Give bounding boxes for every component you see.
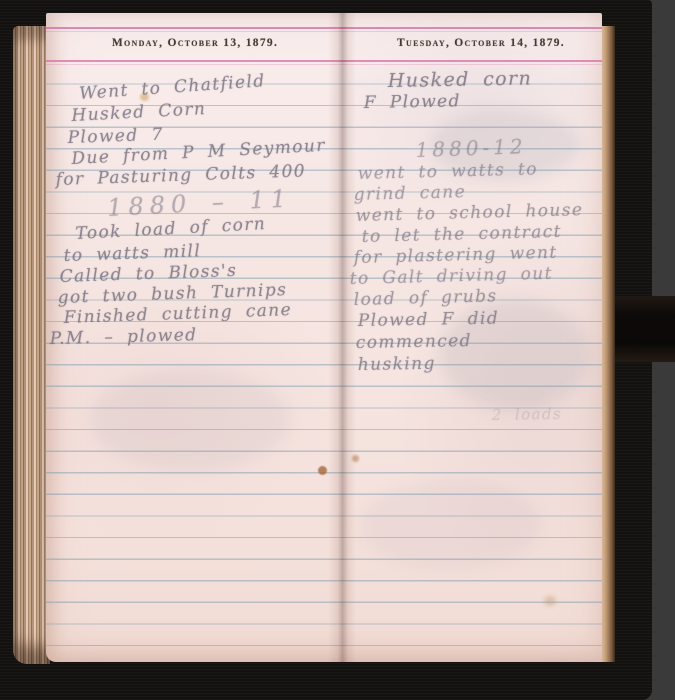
diary-entry-line: commenced — [356, 331, 472, 353]
diary-entry-line: Plowed F did — [358, 309, 500, 331]
page-edge-stack — [13, 26, 50, 664]
cover-strap — [606, 296, 675, 362]
diary-scan: Monday, October 13, 1879. Tuesday, Octob… — [0, 0, 675, 700]
right-page-date-header: Tuesday, October 14, 1879. — [356, 37, 606, 49]
diary-entry-line: Husked corn — [388, 67, 533, 92]
diary-entry-line: grind cane — [353, 182, 466, 205]
diary-entry-line: P.M. – plowed — [49, 325, 197, 349]
diary-entry-line: load of grubs — [353, 286, 497, 310]
diary-entry-line: F Plowed — [364, 91, 461, 113]
diary-entry-line: husking — [358, 354, 436, 375]
ghost-bleed-text: 2 loads — [492, 405, 562, 424]
left-page-date-header: Monday, October 13, 1879. — [70, 37, 320, 49]
diary-year-note: 1880-12 — [415, 134, 527, 162]
